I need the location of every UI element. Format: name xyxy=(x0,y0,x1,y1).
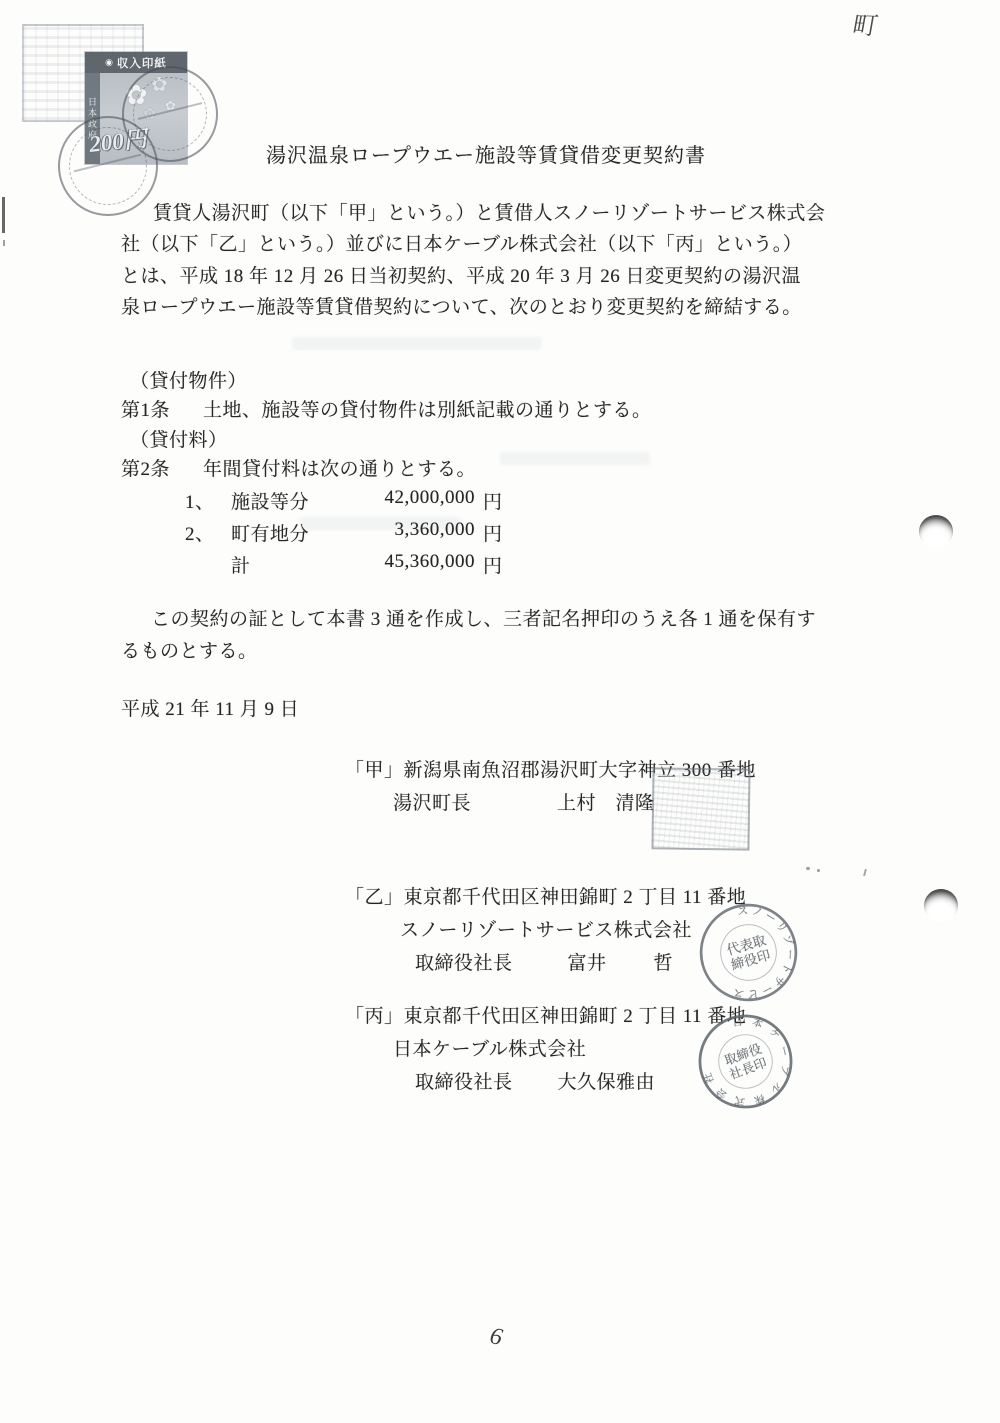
signer-family-name: 富井 xyxy=(568,953,607,974)
signer-role: 湯沢町長 xyxy=(345,793,471,814)
party-address: 東京都千代田区神田錦町 2 丁目 11 番地 xyxy=(404,887,747,908)
page-number: 6 xyxy=(487,1323,504,1352)
article-2: 第2条年間貸付料は次の通りとする。 xyxy=(121,454,476,481)
punch-hole xyxy=(924,889,958,922)
signer-name: 上村 清隆 xyxy=(557,793,655,814)
government-crest-icon: ◉ xyxy=(105,57,114,68)
signature-block-otsu: 「乙」東京都千代田区神田錦町 2 丁目 11 番地 スノーリゾートサービス株式会… xyxy=(345,881,746,980)
signature-address-line: 「乙」東京都千代田区神田錦町 2 丁目 11 番地 xyxy=(345,881,746,914)
signer-name: 大久保雅由 xyxy=(558,1072,656,1093)
preamble-line: 社（以下「乙」という。）並びに日本ケーブル株式会社（以下「丙」という。） xyxy=(121,229,825,260)
signer-role: 取締役社長 xyxy=(345,953,513,974)
fee-row-unit: 円 xyxy=(483,487,503,514)
signature-name-line: 取締役社長大久保雅由 xyxy=(345,1066,746,1099)
punch-hole xyxy=(919,515,953,548)
fee-row-number xyxy=(185,551,231,578)
fee-heading: （貸付料） xyxy=(121,425,228,452)
fee-row-number: 2、 xyxy=(185,519,231,546)
show-through-artifact xyxy=(292,337,542,350)
handwritten-note: 町 xyxy=(850,5,881,42)
contract-date: 平成 21 年 11 月 9 日 xyxy=(121,694,299,721)
party-label: 「丙」 xyxy=(345,1006,404,1027)
party-address: 東京都千代田区神田錦町 2 丁目 11 番地 xyxy=(404,1006,747,1027)
ink-speck xyxy=(863,869,867,876)
closing-line: この契約の証として本書 3 通を作成し、三者記名押印のうえ各 1 通を保有す xyxy=(121,604,816,636)
property-heading: （貸付物件） xyxy=(121,366,247,393)
scan-edge-artifact xyxy=(3,240,5,246)
kou-official-seal xyxy=(651,767,750,850)
show-through-artifact xyxy=(500,452,650,465)
fee-total-amount: 45,360,000 xyxy=(343,551,475,578)
party-label: 「甲」 xyxy=(345,760,404,781)
fee-row-unit: 円 xyxy=(483,551,503,578)
signature-name-line: 取締役社長富井哲 xyxy=(345,947,746,980)
document-page: ◉ 収入印紙 日本政府 ✿ ✿ ✿ ✿ 200円 町 湯沢温泉ロープウエー施設等… xyxy=(0,0,1000,1423)
preamble-line: 泉ロープウエー施設等賃貸借契約について、次のとおり変更契約を締結する。 xyxy=(121,292,825,323)
scan-edge-artifact xyxy=(2,197,5,233)
document-title: 湯沢温泉ロープウエー施設等賃貸借変更契約書 xyxy=(0,139,972,168)
article-1-text: 土地、施設等の貸付物件は別紙記載の通りとする。 xyxy=(203,400,652,421)
article-2-text: 年間貸付料は次の通りとする。 xyxy=(203,459,476,480)
fee-row-unit: 円 xyxy=(483,519,503,546)
preamble-paragraph: 賃貸人湯沢町（以下「甲」という。）と賃借人スノーリゾートサービス株式会 社（以下… xyxy=(121,198,825,323)
signer-role: 取締役社長 xyxy=(345,1072,513,1093)
signer-given-name: 哲 xyxy=(654,953,674,974)
fee-total-row: 計 45,360,000 円 xyxy=(121,551,503,578)
party-label: 「乙」 xyxy=(345,887,404,908)
article-1: 第1条土地、施設等の貸付物件は別紙記載の通りとする。 xyxy=(121,395,652,422)
closing-line: るものとする。 xyxy=(121,636,816,668)
preamble-line: 賃貸人湯沢町（以下「甲」という。）と賃借人スノーリゾートサービス株式会 xyxy=(121,198,825,229)
article-1-label: 第1条 xyxy=(121,395,203,422)
fee-total-label: 計 xyxy=(231,551,343,578)
show-through-artifact xyxy=(300,517,460,530)
preamble-line: とは、平成 18 年 12 月 26 日当初契約、平成 20 年 3 月 26 … xyxy=(121,261,825,292)
fee-row-item: 施設等分 xyxy=(231,487,343,514)
signature-block-hei: 「丙」東京都千代田区神田錦町 2 丁目 11 番地 日本ケーブル株式会社 取締役… xyxy=(345,1000,746,1099)
fee-row: 1、 施設等分 42,000,000 円 xyxy=(121,487,503,514)
article-2-label: 第2条 xyxy=(121,454,203,481)
signature-address-line: 「丙」東京都千代田区神田錦町 2 丁目 11 番地 xyxy=(345,1000,746,1033)
fee-row-amount: 42,000,000 xyxy=(343,487,475,514)
ink-speck xyxy=(817,869,820,872)
fee-row-number: 1、 xyxy=(185,487,231,514)
closing-clause: この契約の証として本書 3 通を作成し、三者記名押印のうえ各 1 通を保有す る… xyxy=(121,604,816,669)
revenue-stamp-cluster: ◉ 収入印紙 日本政府 ✿ ✿ ✿ ✿ 200円 xyxy=(0,8,250,228)
ink-speck xyxy=(806,867,810,870)
